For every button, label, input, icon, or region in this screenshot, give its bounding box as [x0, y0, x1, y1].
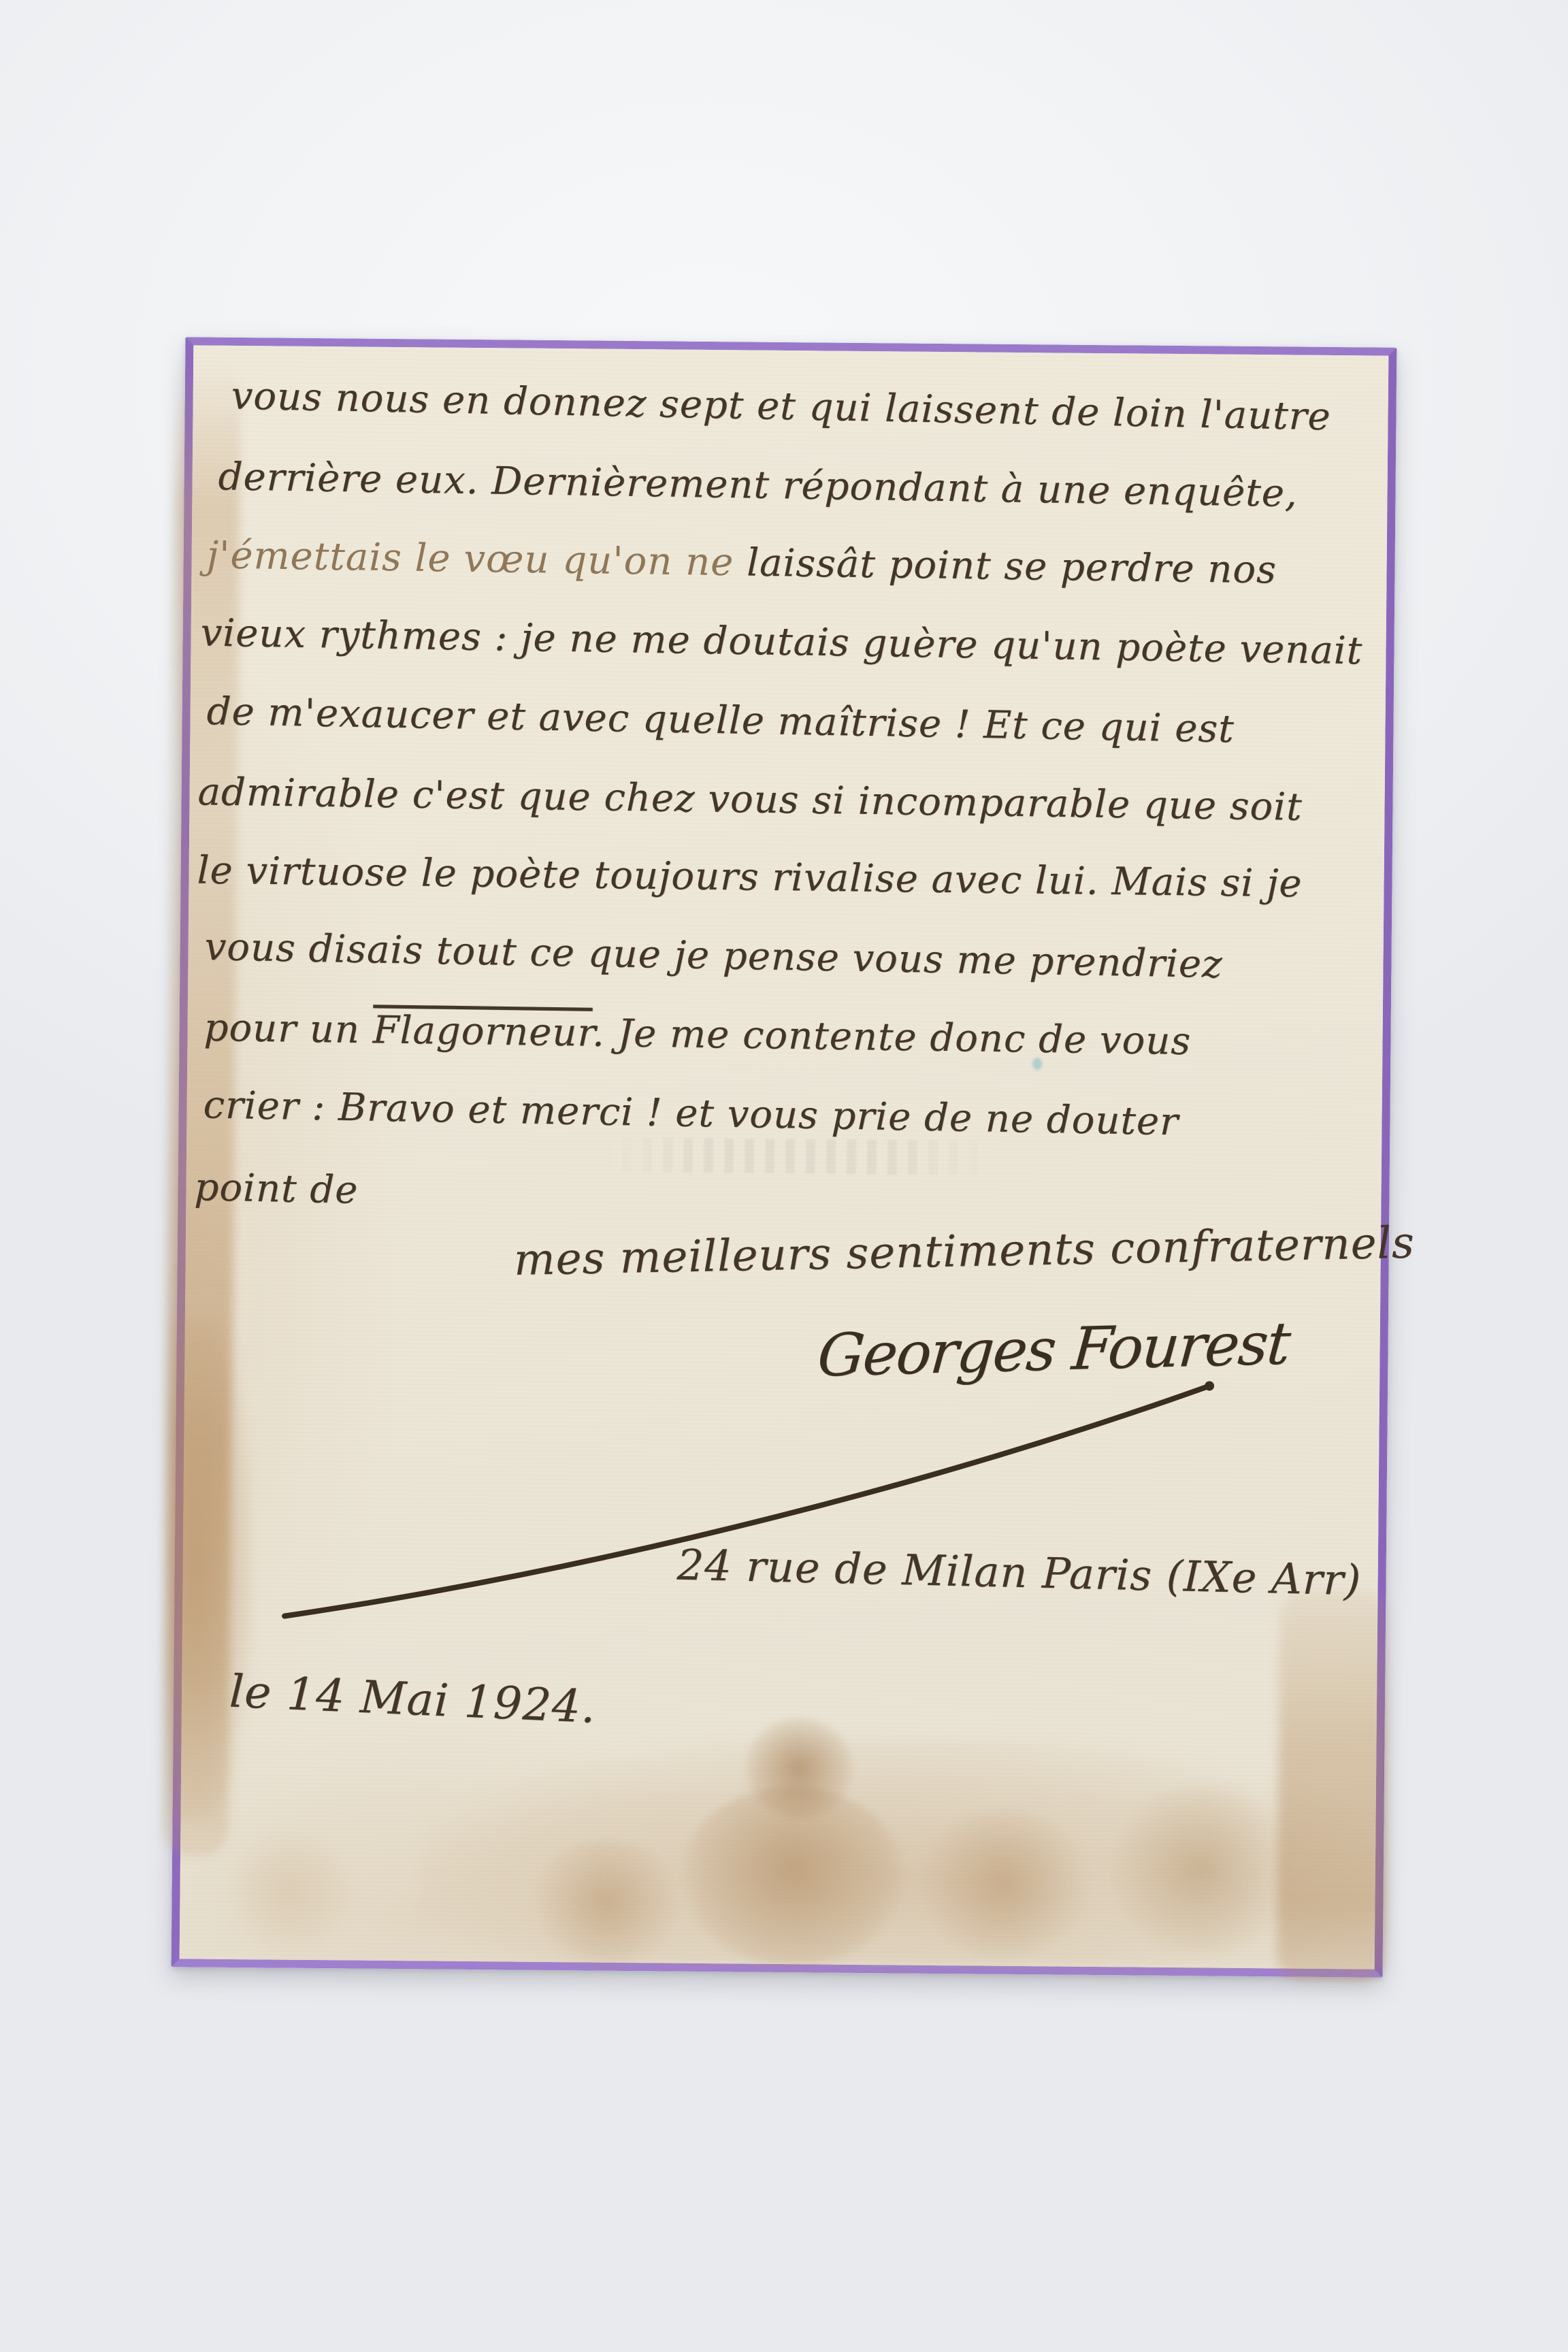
handwriting-line-5: de m'exaucer et avec quelle maîtrise ! E…	[206, 689, 1235, 751]
letter-card: vous nous en donnez sept et qui laissent…	[171, 337, 1397, 1977]
handwriting-line-7: le virtuose le poète toujours rivalise a…	[197, 849, 1303, 906]
date-line: le 14 Mai 1924.	[229, 1665, 598, 1733]
overlined-word-flagorneur: Flagorneur	[372, 1008, 592, 1055]
handwriting-line-6: admirable c'est que chez vous si incompa…	[197, 770, 1303, 830]
handwriting-line-3: j'émettais le vœu qu'on ne laissât point…	[206, 533, 1277, 592]
signature: Georges Fourest	[815, 1309, 1292, 1390]
stain-bottom-blob-center	[680, 1786, 906, 1968]
closing-sentiments-line: mes meilleurs sentiments confraternels	[513, 1218, 1415, 1286]
photo-backdrop: vous nous en donnez sept et qui laissent…	[0, 0, 1568, 2352]
handwriting-faded-segment: j'émettais le vœu qu'on ne	[206, 533, 747, 585]
address-line: 24 rue de Milan Paris (IXe Arr)	[676, 1540, 1362, 1605]
handwriting-line-11: point de	[194, 1165, 359, 1213]
handwriting-line-8: vous disais tout ce que je pense vous me…	[204, 925, 1223, 987]
line9-post: . Je me contente donc de vous	[592, 1011, 1192, 1064]
handwriting-line-9: pour un Flagorneur. Je me contente donc …	[203, 1006, 1191, 1064]
ink-offset-marks	[602, 1137, 996, 1176]
handwriting-line-2: derrière eux. Dernièrement répondant à u…	[218, 455, 1298, 516]
handwriting-dark-segment: laissât point se perdre nos	[747, 541, 1277, 593]
stain-bottom-blob-dark	[745, 1717, 854, 1820]
stain-left-edge-heavy	[168, 1318, 254, 1823]
stain-bottom-blob-left	[523, 1839, 691, 1966]
stain-bottom-left-faint	[217, 1823, 361, 1960]
line9-pre: pour un	[203, 1006, 373, 1052]
handwriting-line-4: vieux rythmes : je ne me doutais guère q…	[200, 611, 1362, 674]
handwriting-line-10: crier : Bravo et merci ! et vous prie de…	[203, 1083, 1179, 1144]
handwriting-line-1: vous nous en donnez sept et qui laissent…	[231, 374, 1331, 439]
stain-right-edge	[1276, 1590, 1388, 1982]
stain-bottom-blob-mid	[911, 1808, 1096, 1959]
stain-bottom-smear	[418, 1729, 1386, 1972]
stain-bottom-blob-right	[1098, 1786, 1304, 1955]
